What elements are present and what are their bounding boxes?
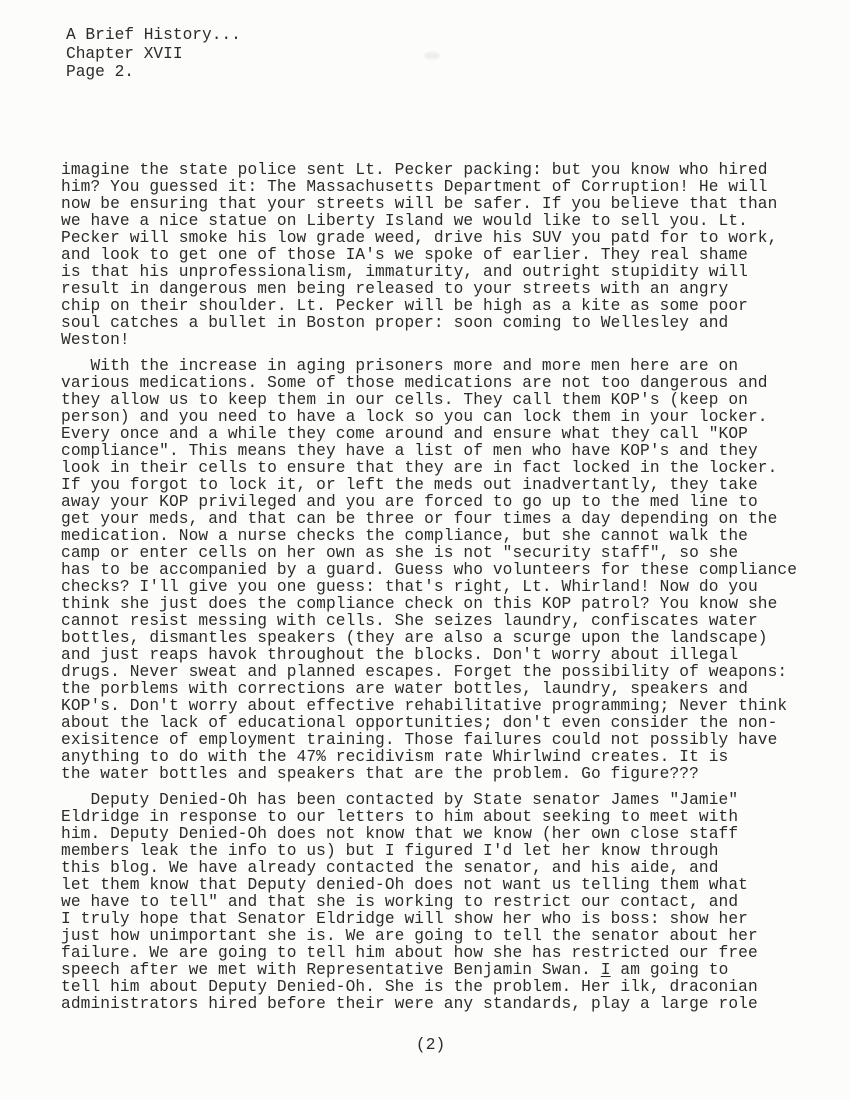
- paragraph-3: Deputy Denied-Oh has been contacted by S…: [61, 792, 821, 1013]
- paragraph-3-top: Deputy Denied-Oh has been contacted by S…: [61, 792, 821, 962]
- paragraph-3-bottom: tell him about Deputy Denied-Oh. She is …: [61, 979, 821, 1013]
- paragraph-3-underline-line: speech after we met with Representative …: [61, 962, 821, 979]
- header-chapter: Chapter XVII: [66, 45, 241, 64]
- document-page: A Brief History... Chapter XVII Page 2. …: [0, 0, 850, 1100]
- paragraph-1: imagine the state police sent Lt. Pecker…: [61, 162, 821, 349]
- scan-smudge: [424, 52, 440, 59]
- page-number: (2): [416, 1036, 445, 1054]
- document-body: imagine the state police sent Lt. Pecker…: [61, 162, 821, 1022]
- header-page-label: Page 2.: [66, 63, 241, 82]
- underline-line-before: speech after we met with Representative …: [61, 961, 601, 979]
- page-footer: (2): [61, 1020, 761, 1071]
- paragraph-2: With the increase in aging prisoners mor…: [61, 358, 821, 783]
- page-header: A Brief History... Chapter XVII Page 2.: [66, 26, 241, 82]
- header-title: A Brief History...: [66, 26, 241, 45]
- underline-line-after: am going to: [611, 961, 729, 979]
- underlined-word: I: [601, 961, 611, 979]
